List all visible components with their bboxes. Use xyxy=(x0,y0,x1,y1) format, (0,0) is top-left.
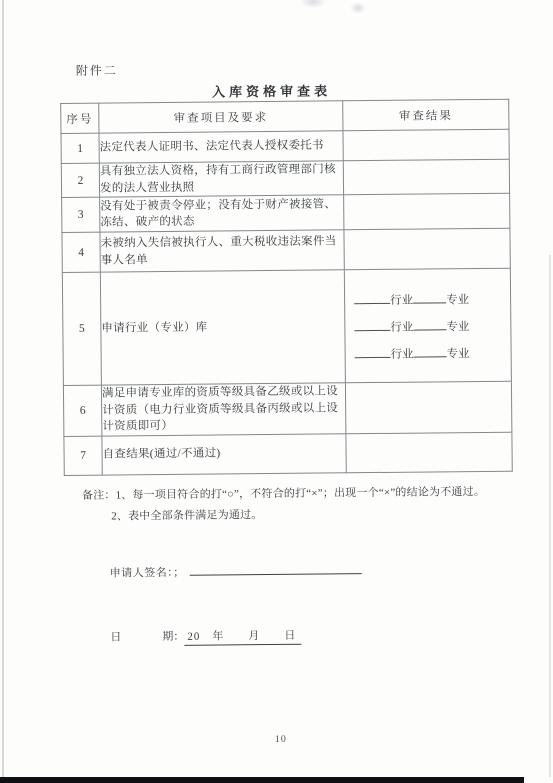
review-result-cell xyxy=(343,159,509,195)
table-row: 1 法定代表人证明书、法定代表人授权委托书 xyxy=(61,129,509,163)
industry-label: 行业 xyxy=(390,321,413,333)
scan-edge-bottom xyxy=(0,777,524,783)
review-result-cell xyxy=(344,228,510,270)
review-result-cell xyxy=(343,129,509,161)
scanned-document-page: 附件二 入库资格审查表 序号 审查项目及要求 审查结果 1 法定代表人证明书、法… xyxy=(0,0,553,783)
page-content: 附件二 入库资格审查表 序号 审查项目及要求 审查结果 1 法定代表人证明书、法… xyxy=(0,0,553,783)
remark-line-1: 备注：1、每一项目符合的打“○”，不符合的打“×”；出现一个“×”的结论为不通过… xyxy=(82,482,522,507)
header-result: 审查结果 xyxy=(343,99,509,131)
remark-line-2: 2、表中全部条件满足为通过。 xyxy=(111,503,522,528)
row-item-text: 自查结果(通过/不通过) xyxy=(102,433,346,474)
table-row: 5 申请行业（专业）库 行业专业 行业专业 行业专业 xyxy=(62,268,511,385)
review-result-cell xyxy=(346,432,512,473)
row-index: 3 xyxy=(62,197,100,232)
signature-label: 申请人签名：； xyxy=(110,567,185,580)
blank-field xyxy=(355,344,391,357)
blank-field xyxy=(413,290,446,303)
specialty-label: 专业 xyxy=(446,294,469,306)
review-result-cell: 行业专业 行业专业 行业专业 xyxy=(344,268,511,383)
qualification-review-table: 序号 审查项目及要求 审查结果 1 法定代表人证明书、法定代表人授权委托书 2 … xyxy=(60,99,513,476)
scan-edge-left xyxy=(2,0,4,780)
table-header-row: 序号 审查项目及要求 审查结果 xyxy=(61,99,509,133)
date-label-left: 日 xyxy=(110,631,121,643)
table-row: 4 未被纳入失信被执行人、重大税收违法案件当事人名单 xyxy=(62,228,510,272)
table-row: 7 自查结果(通过/不通过) xyxy=(64,432,512,475)
industry-specialty-fill-line: 行业专业 xyxy=(354,289,510,307)
date-blank-line: 20 年 月 日 xyxy=(184,627,301,646)
table-row: 6 满足申请专业库的资质等级具备乙级或以上设计资质（电力行业资质等级具备丙级或以… xyxy=(63,381,511,436)
review-result-cell xyxy=(345,381,511,433)
page-number: 10 xyxy=(4,731,553,747)
scan-edge-right xyxy=(549,255,551,777)
row-item-text: 具有独立法人资格，持有工商行政管理部门核发的法人营业执照 xyxy=(99,161,343,197)
row-index: 5 xyxy=(62,272,101,385)
blank-field xyxy=(354,290,390,303)
table-row: 3 没有处于被责令停业；没有处于财产被接管、冻结、破产的状态 xyxy=(62,193,510,232)
industry-specialty-fill-line: 行业专业 xyxy=(354,316,510,334)
industry-label: 行业 xyxy=(391,348,414,360)
signature-blank-line xyxy=(190,561,362,576)
row-index: 4 xyxy=(62,232,100,272)
table-row: 2 具有独立法人资格，持有工商行政管理部门核发的法人营业执照 xyxy=(61,159,509,197)
specialty-label: 专业 xyxy=(446,321,469,333)
applicant-signature-row: 申请人签名：； xyxy=(110,561,362,580)
remarks-block: 备注：1、每一项目符合的打“○”，不符合的打“×”；出现一个“×”的结论为不通过… xyxy=(82,482,522,528)
blank-field xyxy=(354,317,390,330)
industry-label: 行业 xyxy=(390,294,413,306)
blank-field xyxy=(413,317,446,330)
row-item-text: 没有处于被责令停业；没有处于财产被接管、冻结、破产的状态 xyxy=(100,195,344,232)
row-item-text: 满足申请专业库的资质等级具备乙级或以上设计资质（电力行业资质等级具备丙级或以上设… xyxy=(101,383,345,436)
scan-smudge xyxy=(350,2,366,14)
row-index: 2 xyxy=(61,163,99,197)
review-result-cell xyxy=(344,193,510,230)
row-index: 7 xyxy=(64,436,102,475)
date-row: 日期：20 年 月 日 xyxy=(110,627,301,647)
row-index: 1 xyxy=(61,133,99,163)
row-item-text: 未被纳入失信被执行人、重大税收违法案件当事人名单 xyxy=(100,230,344,272)
row-item-text: 法定代表人证明书、法定代表人授权委托书 xyxy=(99,131,343,163)
row-index: 6 xyxy=(63,385,101,436)
header-item: 审查项目及要求 xyxy=(99,101,343,133)
blank-field xyxy=(414,344,447,357)
specialty-label: 专业 xyxy=(447,348,470,360)
date-label-right: 期： xyxy=(162,631,184,643)
header-index: 序号 xyxy=(61,103,99,133)
row-item-text: 申请行业（专业）库 xyxy=(100,270,345,385)
attachment-label: 附件二 xyxy=(76,61,118,78)
industry-specialty-fill-line: 行业专业 xyxy=(355,343,511,361)
